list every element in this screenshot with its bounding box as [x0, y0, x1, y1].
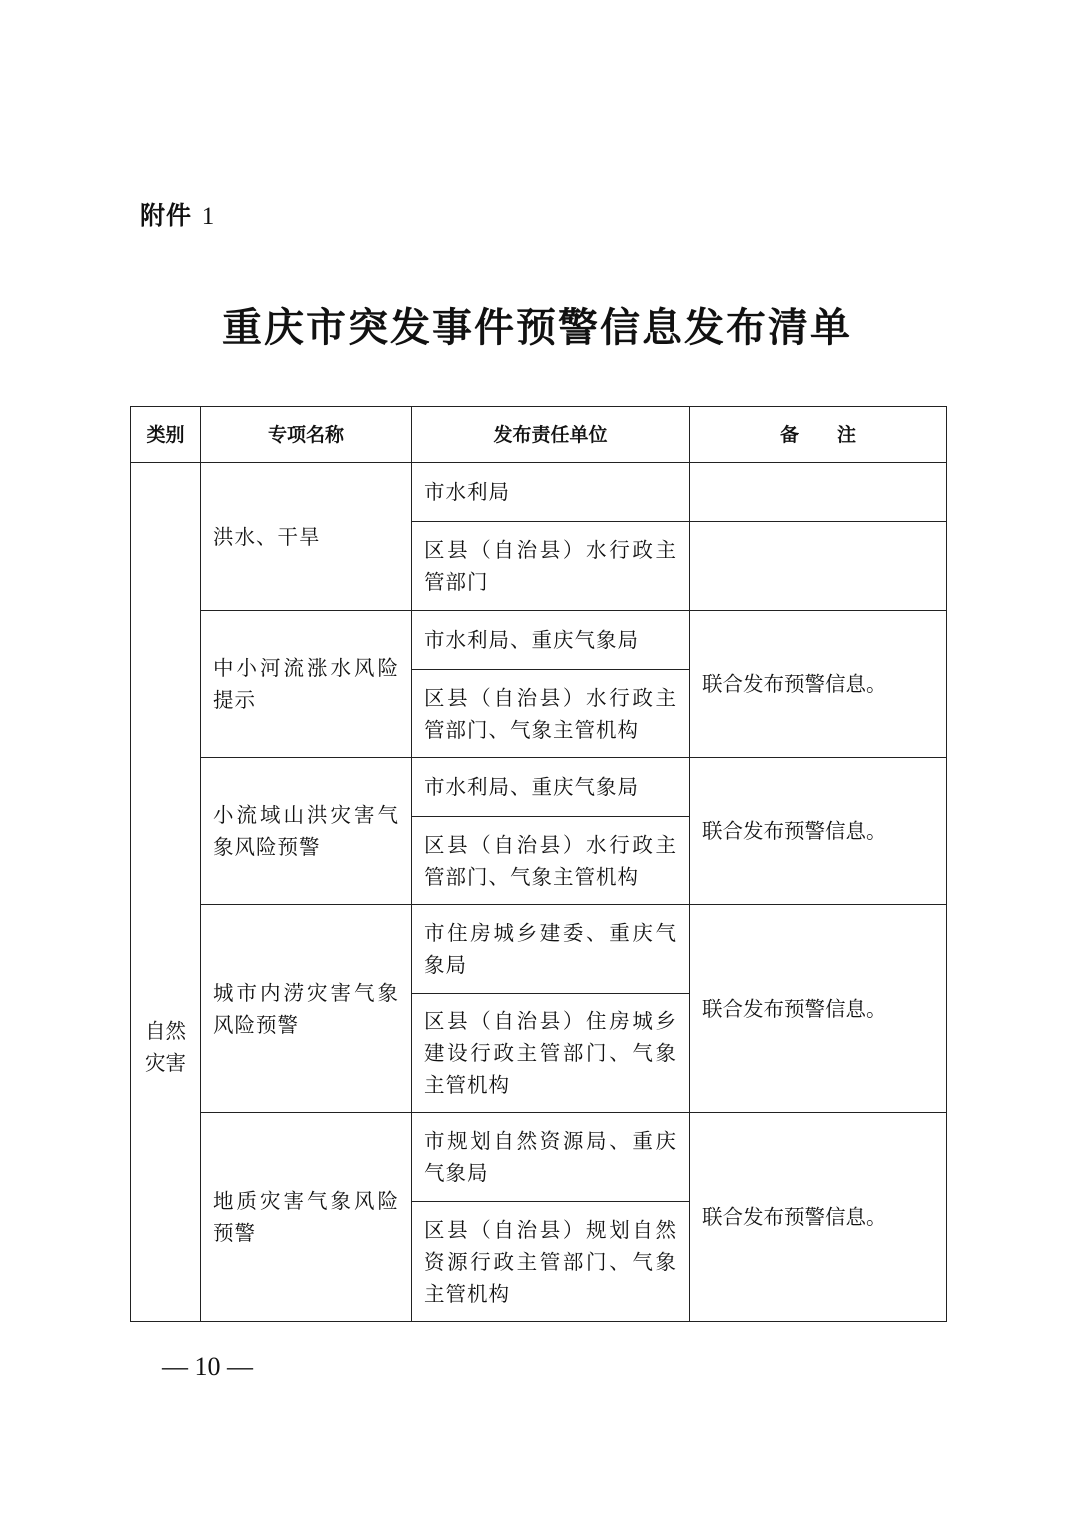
- table-row: 小流域山洪灾害气象风险预警 市水利局、重庆气象局 联合发布预警信息。: [131, 758, 947, 817]
- unit-cell: 区县（自治县）住房城乡建设行政主管部门、气象主管机构: [412, 994, 690, 1113]
- remark-cell: 联合发布预警信息。: [690, 905, 947, 1113]
- page-title: 重庆市突发事件预警信息发布清单: [0, 296, 1074, 353]
- warning-release-table: 类别 专项名称 发布责任单位 备 注 自然灾害 洪水、干旱 市水利局 区县（自治…: [130, 406, 947, 1322]
- item-name-cell: 地质灾害气象风险预警: [201, 1113, 412, 1322]
- unit-cell: 市住房城乡建委、重庆气象局: [412, 905, 690, 994]
- attachment-number: 1: [202, 203, 216, 230]
- item-name-cell: 洪水、干旱: [201, 463, 412, 611]
- unit-cell: 市水利局: [412, 463, 690, 522]
- unit-cell: 区县（自治县）规划自然资源行政主管部门、气象主管机构: [412, 1202, 690, 1322]
- remark-cell: 联合发布预警信息。: [690, 1113, 947, 1322]
- page-number: — 10 —: [162, 1352, 253, 1382]
- category-text: 自然灾害: [144, 705, 188, 1079]
- unit-cell: 区县（自治县）水行政主管部门、气象主管机构: [412, 670, 690, 758]
- attachment-label: 附件 1: [140, 196, 215, 232]
- item-name-cell: 城市内涝灾害气象风险预警: [201, 905, 412, 1113]
- table-row: 自然灾害 洪水、干旱 市水利局: [131, 463, 947, 522]
- header-category: 类别: [131, 407, 201, 463]
- header-responsible-unit: 发布责任单位: [412, 407, 690, 463]
- unit-cell: 市水利局、重庆气象局: [412, 758, 690, 817]
- remark-cell: 联合发布预警信息。: [690, 611, 947, 758]
- remark-cell: [690, 522, 947, 611]
- item-name-cell: 小流域山洪灾害气象风险预警: [201, 758, 412, 905]
- category-cell: 自然灾害: [131, 463, 201, 1322]
- header-remarks: 备 注: [690, 407, 947, 463]
- remark-cell: [690, 463, 947, 522]
- attachment-label-text: 附件: [140, 201, 192, 230]
- table-row: 中小河流涨水风险提示 市水利局、重庆气象局 联合发布预警信息。: [131, 611, 947, 670]
- item-name-cell: 中小河流涨水风险提示: [201, 611, 412, 758]
- table-row: 地质灾害气象风险预警 市规划自然资源局、重庆气象局 联合发布预警信息。: [131, 1113, 947, 1202]
- unit-cell: 市规划自然资源局、重庆气象局: [412, 1113, 690, 1202]
- unit-cell: 市水利局、重庆气象局: [412, 611, 690, 670]
- header-item-name: 专项名称: [201, 407, 412, 463]
- unit-cell: 区县（自治县）水行政主管部门、气象主管机构: [412, 817, 690, 905]
- table-row: 城市内涝灾害气象风险预警 市住房城乡建委、重庆气象局 联合发布预警信息。: [131, 905, 947, 994]
- unit-cell: 区县（自治县）水行政主管部门: [412, 522, 690, 611]
- table-header-row: 类别 专项名称 发布责任单位 备 注: [131, 407, 947, 463]
- remark-cell: 联合发布预警信息。: [690, 758, 947, 905]
